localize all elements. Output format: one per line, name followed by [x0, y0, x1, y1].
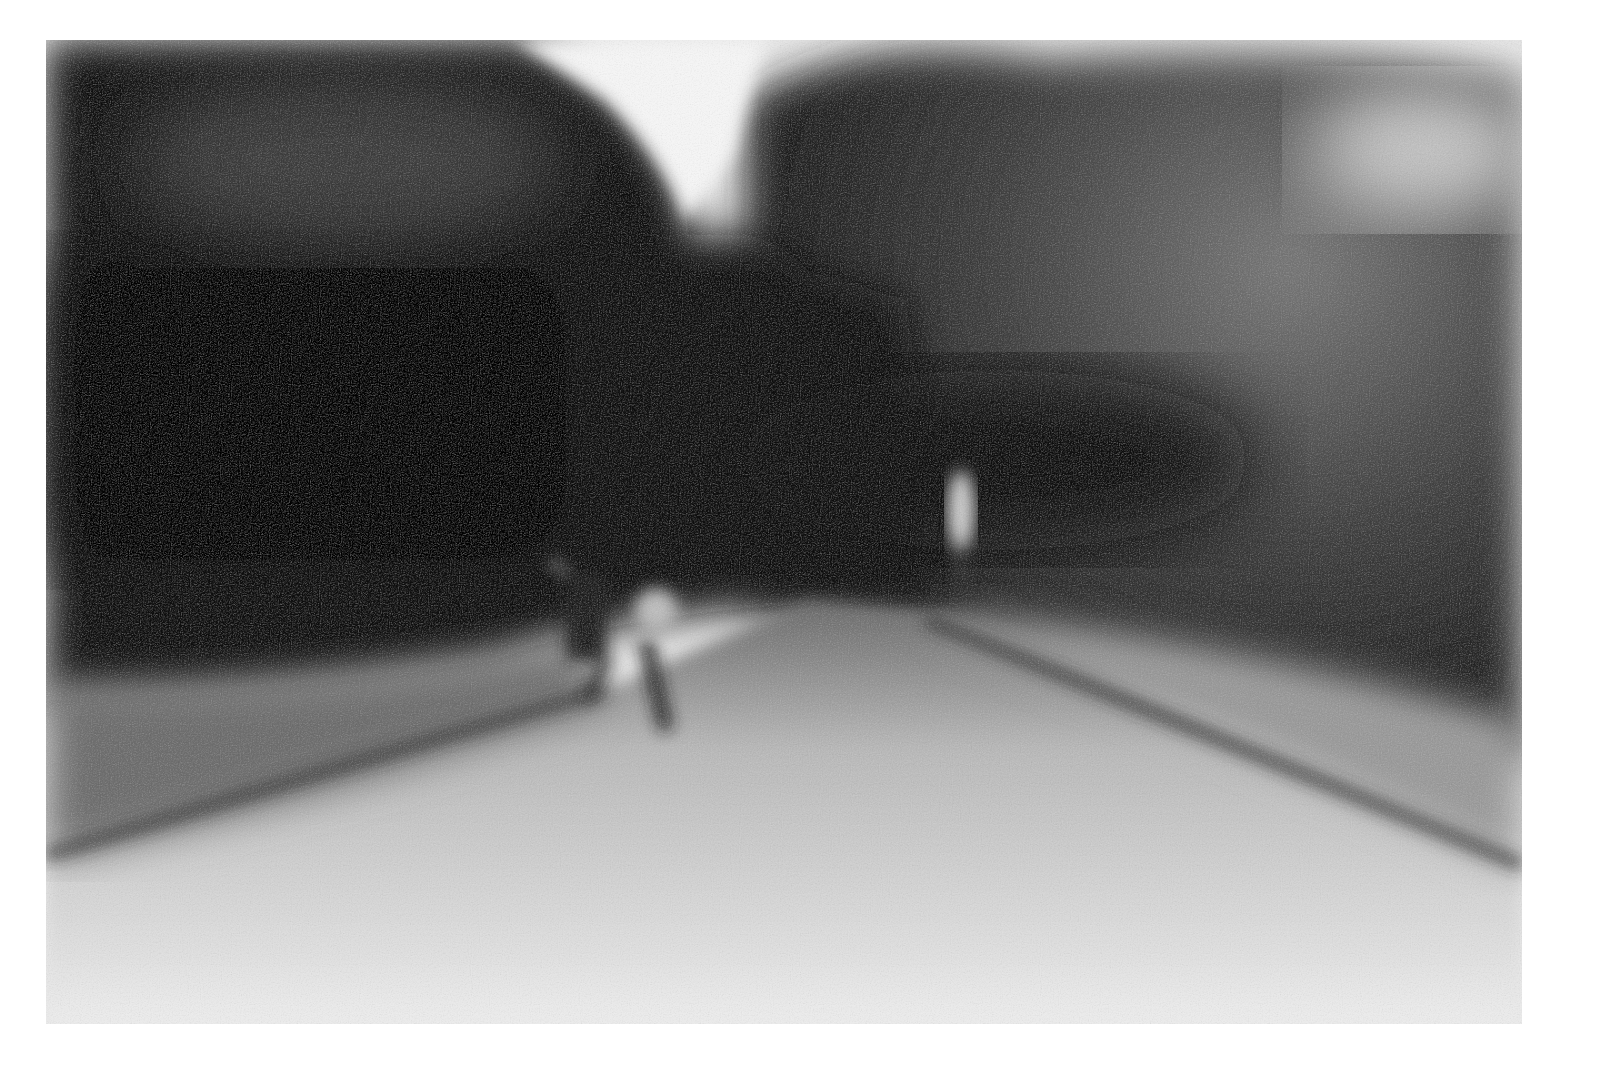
photograph — [46, 40, 1522, 1024]
road-scene — [46, 40, 1522, 1024]
